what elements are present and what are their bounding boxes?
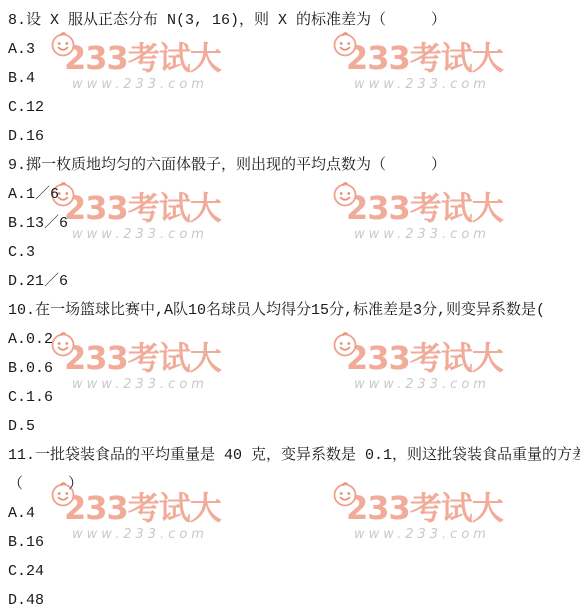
question-list: 8.设 X 服从正态分布 N(3, 16)，则 X 的标准差为（ ） A.3 B… — [0, 0, 580, 614]
question-9: 9.掷一枚质地均匀的六面体骰子，则出现的平均点数为（ ） A.1／6 B.13／… — [8, 151, 580, 296]
question-11-option-d: D.48 — [8, 586, 580, 614]
question-10-option-a: A.0.2 — [8, 325, 580, 354]
question-11-option-a: A.4 — [8, 499, 580, 528]
question-9-option-d: D.21／6 — [8, 267, 580, 296]
question-9-stem: 9.掷一枚质地均匀的六面体骰子，则出现的平均点数为（ ） — [8, 151, 580, 180]
question-8-stem: 8.设 X 服从正态分布 N(3, 16)，则 X 的标准差为（ ） — [8, 6, 580, 35]
question-11-stem: 11.一批袋装食品的平均重量是 40 克，变异系数是 0.1，则这批袋装食品重量… — [8, 441, 580, 470]
question-10-option-b: B.0.6 — [8, 354, 580, 383]
question-11-stem-line2: （ ） — [8, 470, 580, 499]
question-9-option-a: A.1／6 — [8, 180, 580, 209]
question-10: 10.在一场篮球比赛中,A队10名球员人均得分15分,标准差是3分,则变异系数是… — [8, 296, 580, 441]
question-11: 11.一批袋装食品的平均重量是 40 克，变异系数是 0.1，则这批袋装食品重量… — [8, 441, 580, 614]
question-8-option-b: B.4 — [8, 64, 580, 93]
question-8: 8.设 X 服从正态分布 N(3, 16)，则 X 的标准差为（ ） A.3 B… — [8, 6, 580, 151]
question-9-option-c: C.3 — [8, 238, 580, 267]
question-10-stem: 10.在一场篮球比赛中,A队10名球员人均得分15分,标准差是3分,则变异系数是… — [8, 296, 580, 325]
question-8-option-c: C.12 — [8, 93, 580, 122]
question-9-option-b: B.13／6 — [8, 209, 580, 238]
question-10-option-d: D.5 — [8, 412, 580, 441]
question-10-option-c: C.1.6 — [8, 383, 580, 412]
question-8-option-a: A.3 — [8, 35, 580, 64]
exam-page: 233考试大 www.233.com 233考试大 www.233.com — [0, 0, 580, 614]
question-11-option-c: C.24 — [8, 557, 580, 586]
question-8-option-d: D.16 — [8, 122, 580, 151]
question-11-option-b: B.16 — [8, 528, 580, 557]
